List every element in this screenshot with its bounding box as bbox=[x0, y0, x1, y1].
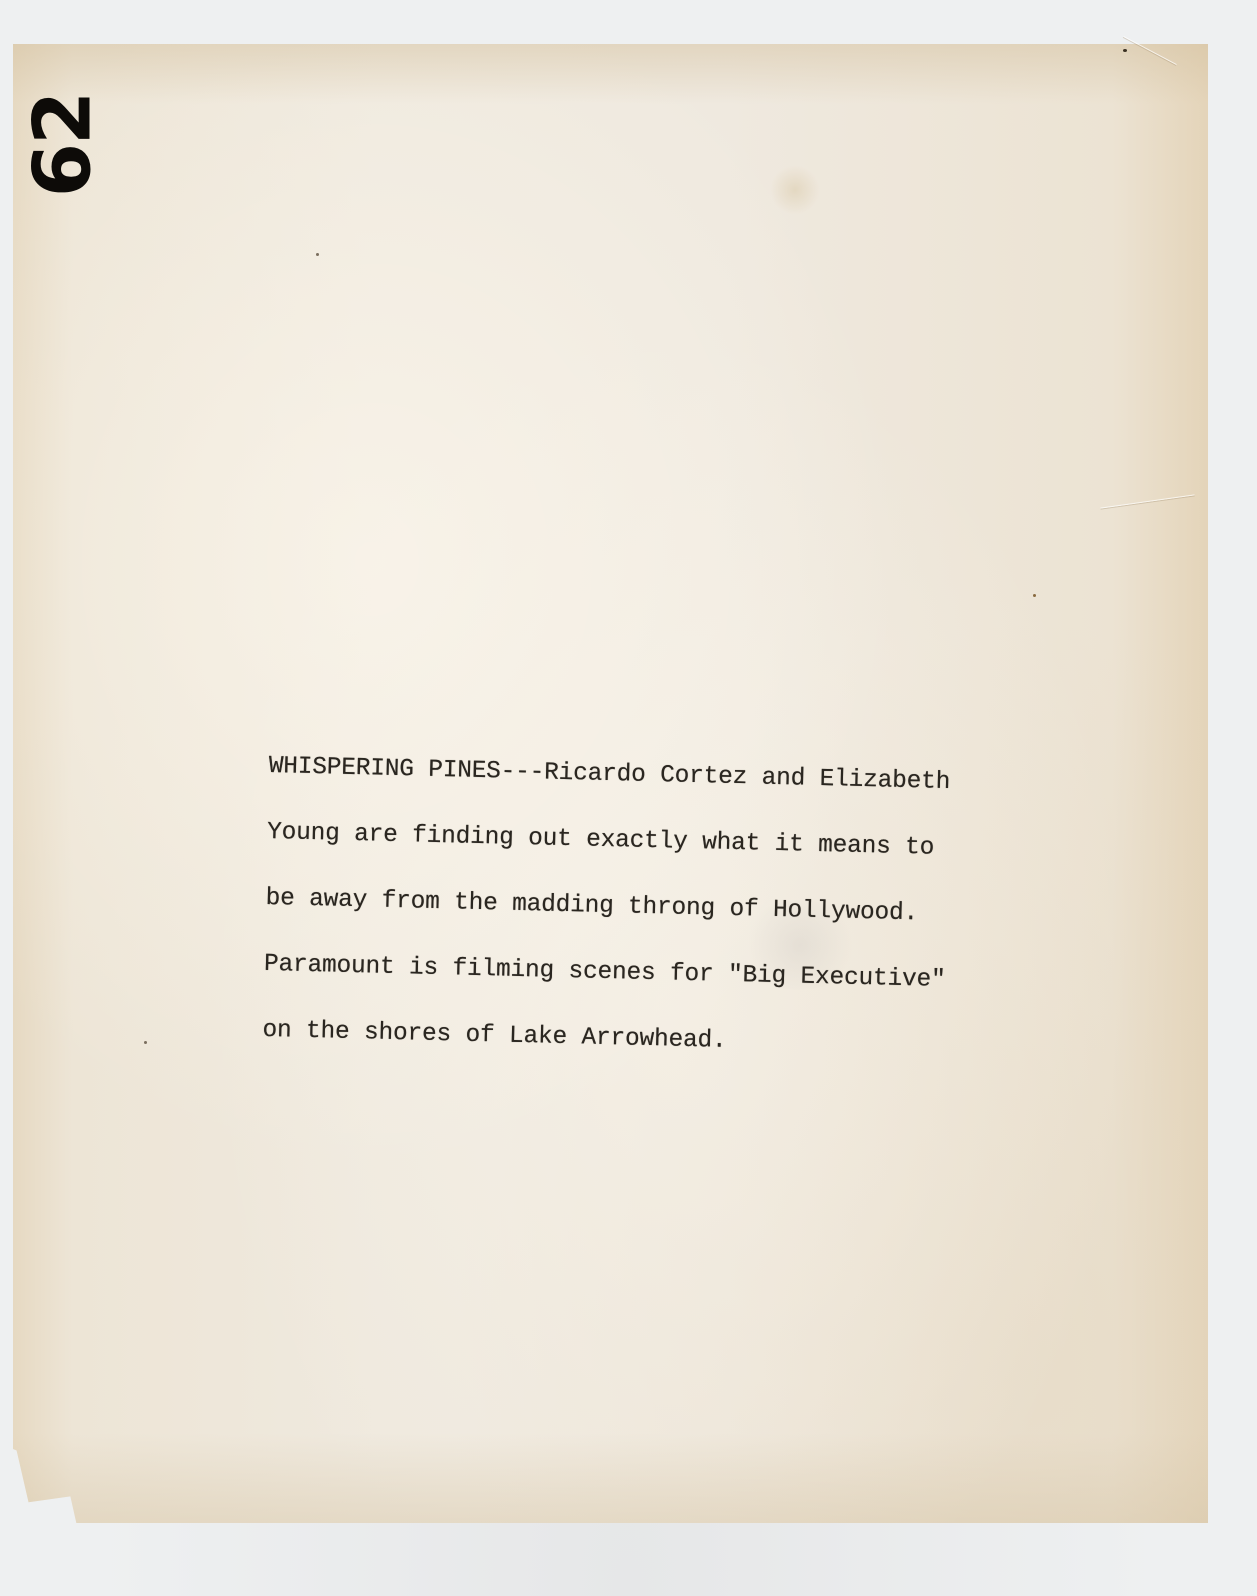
caption-line: on the shores of Lake Arrowhead. bbox=[262, 1020, 992, 1059]
ink-speck bbox=[144, 1041, 147, 1044]
typewritten-caption: WHISPERING PINES---Ricardo Cortez and El… bbox=[262, 712, 1000, 1081]
caption-line: WHISPERING PINES---Ricardo Cortez and El… bbox=[268, 756, 998, 795]
caption-line: Paramount is filming scenes for "Big Exe… bbox=[264, 954, 994, 993]
ink-speck bbox=[1123, 49, 1127, 52]
ink-speck bbox=[316, 253, 319, 256]
caption-line: Young are finding out exactly what it me… bbox=[267, 822, 997, 861]
caption-line: be away from the madding throng of Holly… bbox=[265, 888, 995, 927]
ink-speck bbox=[1033, 594, 1036, 597]
